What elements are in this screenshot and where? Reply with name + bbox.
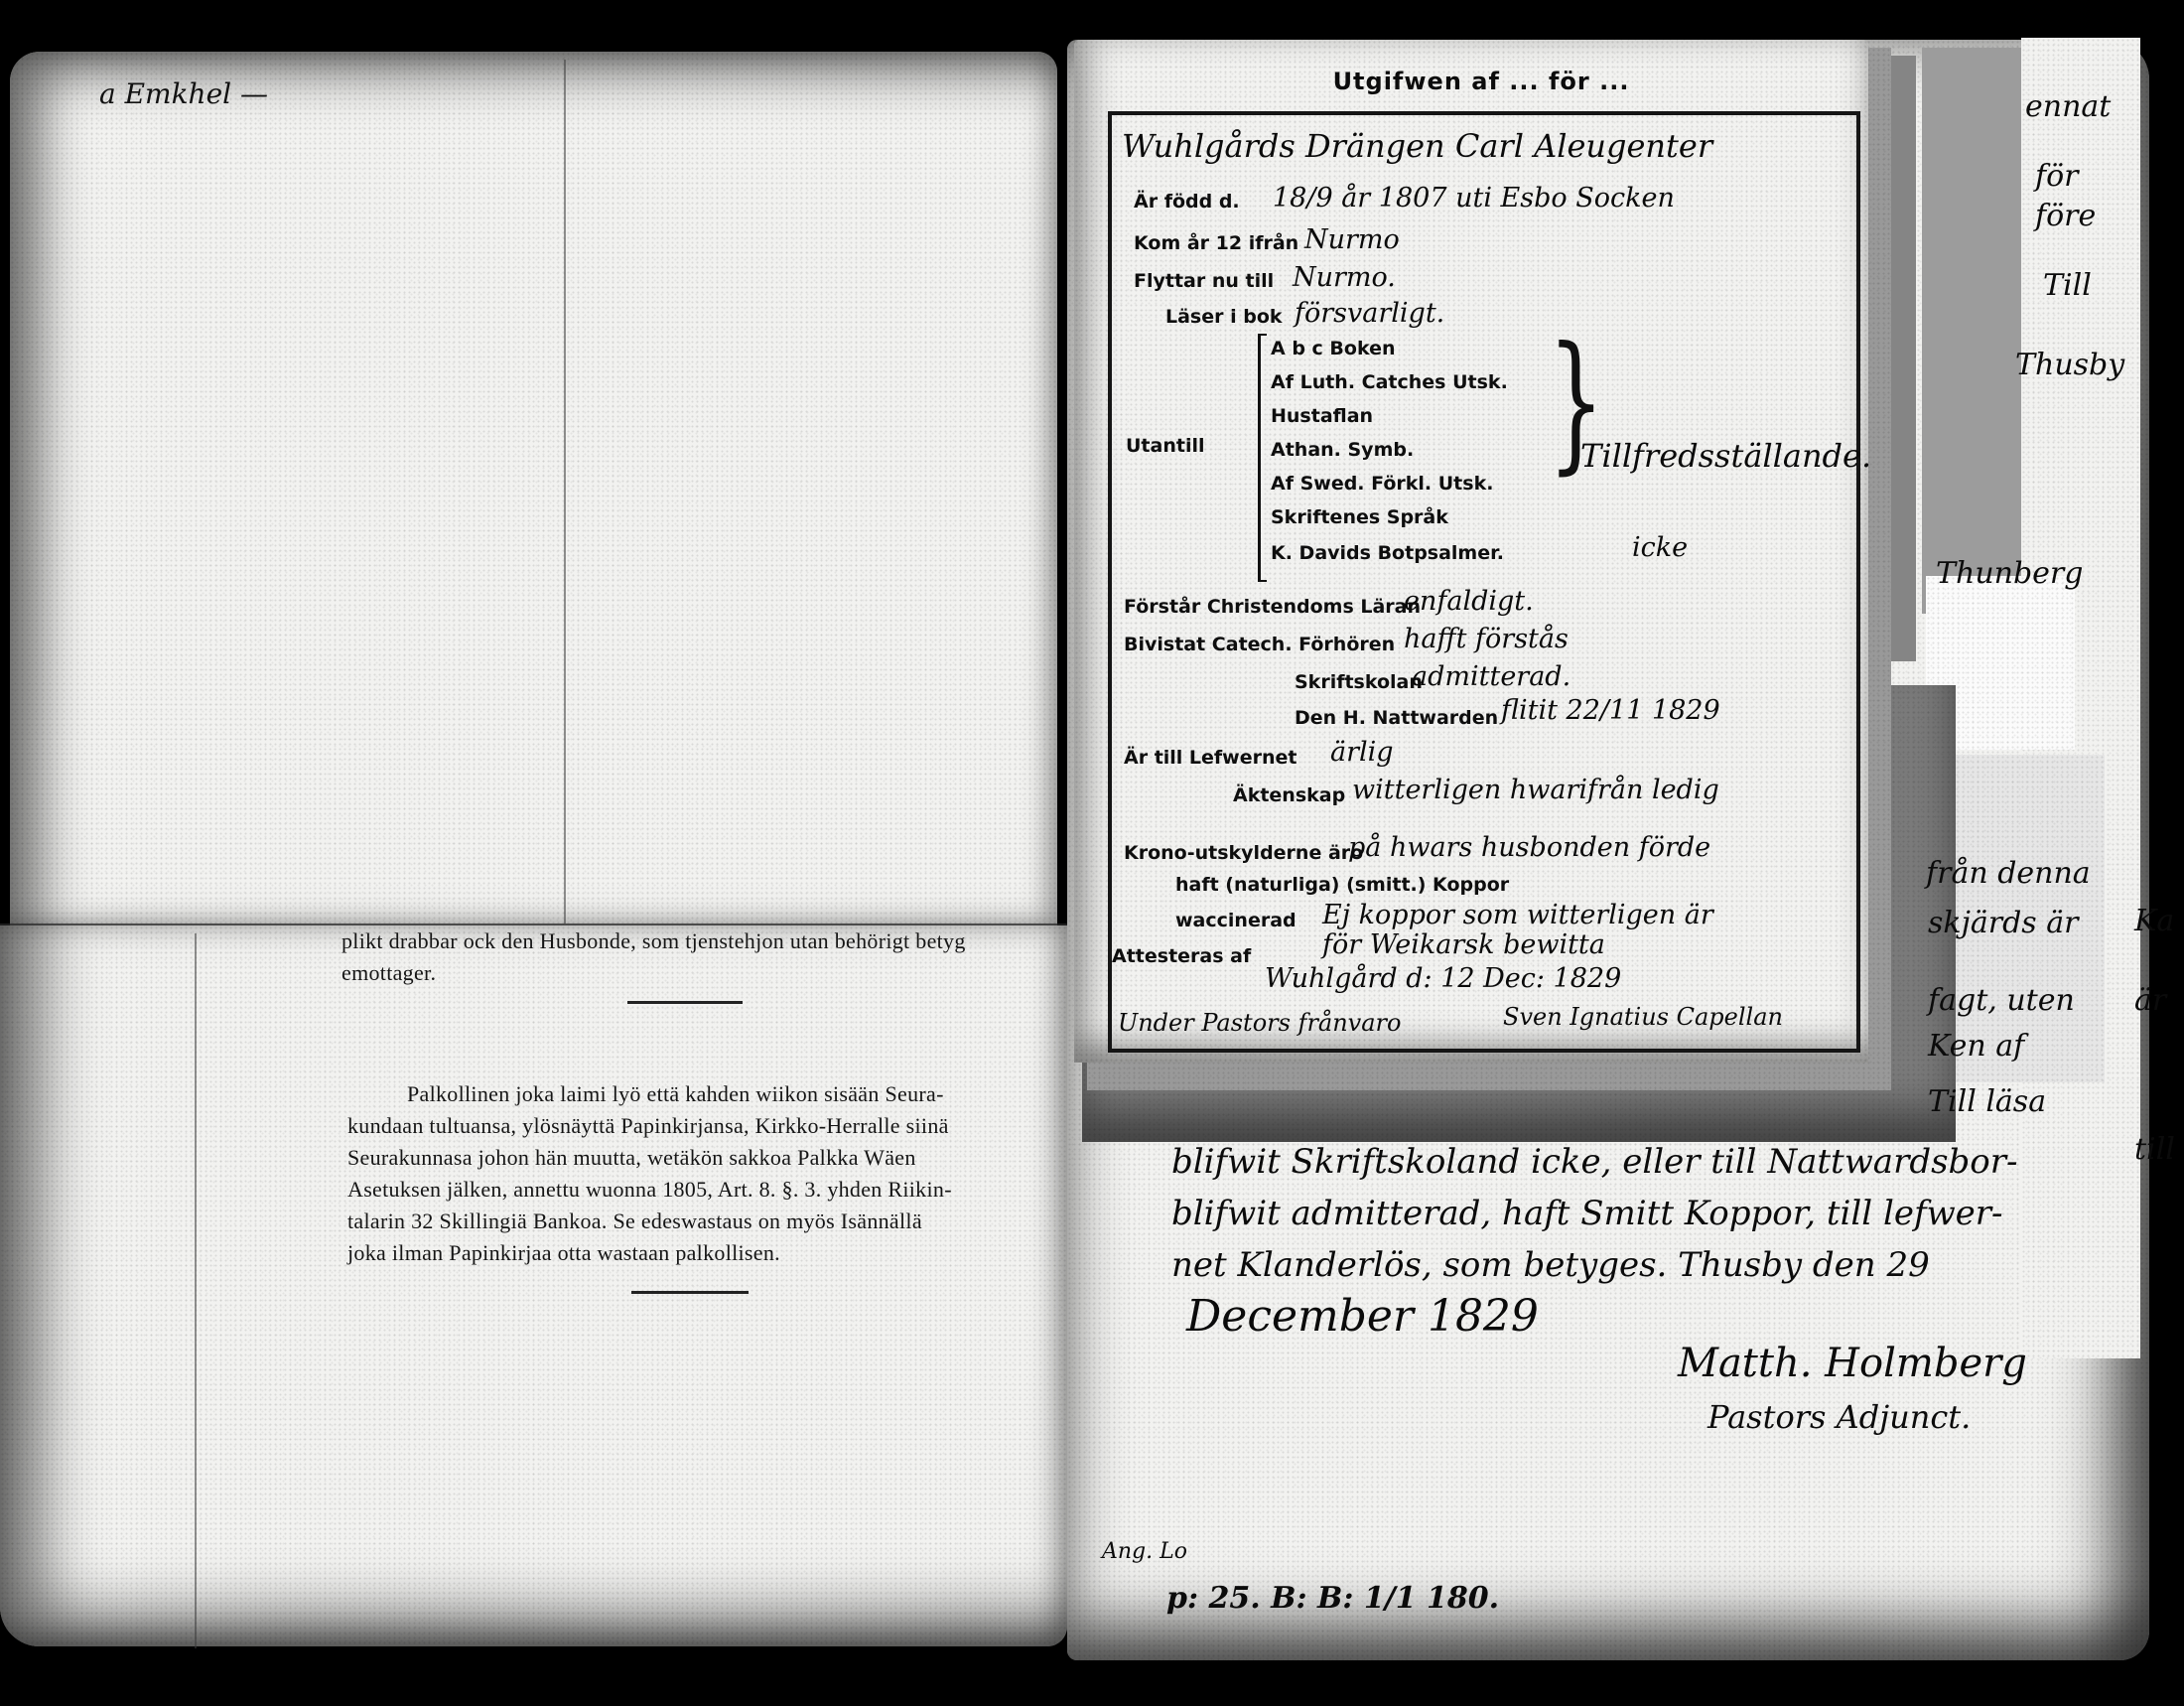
letter-line: net Klanderlös, som betyges. Thusby den … (1171, 1245, 1930, 1285)
field-label: Bivistat Catech. Förhören (1124, 634, 1395, 655)
field-label: Äktenskap (1233, 784, 1345, 806)
letter-line: blifwit admitterad, haft Smitt Koppor, t… (1171, 1194, 2003, 1233)
field-value: flitit 22/11 1829 (1501, 695, 1720, 726)
memory-item: K. Davids Botpsalmer. (1271, 542, 1504, 564)
fold-line (195, 933, 197, 1648)
field-label: Flyttar nu till (1134, 270, 1274, 292)
field-value: Nurmo. (1293, 262, 1396, 293)
paper-strip-shadowed (1922, 48, 2021, 614)
memory-item: Af Swed. Förkl. Utsk. (1271, 473, 1493, 495)
printed-line: plikt drabbar ock den Husbonde, som tjen… (341, 925, 1026, 957)
printed-line: talarin 32 Skillingiä Bankoa. Se edeswas… (347, 1206, 1032, 1237)
field-label: Skriftskolan (1295, 671, 1423, 693)
field-value: Ej koppor som witterligen är (1322, 900, 1713, 930)
divider-rule (631, 1291, 749, 1294)
attest-signature: Sven Ignatius Capellan (1503, 1003, 1783, 1031)
field-label: haft (naturliga) (smitt.) Koppor (1175, 874, 1509, 896)
printed-line: Seurakunnasa johon hän muutta, wetäkön s… (347, 1142, 1032, 1174)
field-label: Är till Lefwernet (1124, 747, 1297, 769)
field-value: 18/9 år 1807 uti Esbo Socken (1273, 183, 1675, 213)
memory-assessment: icke (1632, 532, 1688, 563)
memory-item: A b c Boken (1271, 338, 1396, 359)
memory-label: Utantill (1126, 435, 1204, 457)
letter-date: December 1829 (1186, 1291, 1539, 1342)
field-value: på hwars husbonden förde (1348, 832, 1710, 863)
printed-line: Asetuksen jälken, annettu wuonna 1805, A… (347, 1174, 1032, 1206)
memory-assessment: Tillfredsställande. (1580, 437, 1871, 475)
signature-title: Pastors Adjunct. (1707, 1398, 1971, 1436)
fragment-text: för (2035, 159, 2079, 194)
field-label: Den H. Nattwarden (1295, 707, 1498, 729)
printed-line: emottager. (341, 957, 1026, 989)
field-value: enfaldigt. (1404, 586, 1534, 617)
fragment-text: till (2134, 1132, 2175, 1167)
attest-place-date: Wuhlgård d: 12 Dec: 1829 (1265, 963, 1621, 994)
fragment-text: Till läsa (1928, 1084, 2046, 1119)
letter-signature: Matth. Holmberg (1678, 1341, 2027, 1386)
printed-line: Palkollinen joka laimi lyö että kahden w… (347, 1078, 1032, 1110)
corner-handwritten-note: a Emkhel — (99, 77, 268, 110)
divider-rule (627, 1001, 743, 1004)
archive-reference-code: p: 25. B: B: 1/1 180. (1166, 1581, 1499, 1616)
fragment-text: Thunberg (1936, 556, 2083, 591)
field-label: Förstår Christendoms Läran (1124, 596, 1421, 618)
field-label: Läser i bok (1165, 306, 1283, 328)
fragment-text: ennat (2025, 89, 2111, 124)
fragment-text: Thusby (2015, 348, 2124, 382)
field-label: Krono-utskylderne äro (1124, 842, 1363, 864)
left-page-top (10, 52, 1057, 925)
field-value: Nurmo (1304, 224, 1400, 255)
field-value: hafft förstås (1404, 624, 1569, 654)
memory-item: Skriftenes Språk (1271, 506, 1448, 528)
fragment-text: Ken af (1928, 1029, 2024, 1064)
fragment-text: före (2035, 199, 2096, 233)
left-page-bottom (0, 925, 1067, 1646)
fragment-text: från denna (1926, 856, 2091, 891)
archive-note: Ang. Lo (1102, 1539, 1187, 1564)
attest-note: Under Pastors frånvaro (1118, 1009, 1401, 1037)
fragment-text: Ka (2134, 904, 2174, 938)
bracket (1258, 334, 1267, 582)
fold-line (564, 60, 566, 924)
certificate-heading: Wuhlgårds Drängen Carl Aleugenter (1122, 127, 1712, 165)
fragment-text: fagt, uten (1928, 983, 2075, 1018)
letter-line: blifwit Skriftskoland icke, eller till N… (1171, 1142, 2018, 1182)
memory-item: Af Luth. Catches Utsk. (1271, 371, 1508, 393)
printed-line: kundaan tultuansa, ylösnäyttä Papinkirja… (347, 1110, 1032, 1142)
fragment-text: är (2134, 983, 2166, 1018)
field-label: waccinerad (1175, 910, 1297, 931)
field-label: Kom år 12 ifrån (1134, 232, 1298, 254)
field-label: Är född d. (1134, 191, 1240, 213)
printed-line: joka ilman Papinkirjaa otta wastaan palk… (347, 1237, 1032, 1269)
field-label: Attesteras af (1112, 945, 1251, 967)
field-value: witterligen hwarifrån ledig (1352, 775, 1719, 805)
field-value: försvarligt. (1295, 298, 1444, 329)
certificate-title: Utgifwen af ... för ... (1223, 68, 1739, 95)
field-value: ärlig (1330, 737, 1394, 768)
printed-swedish-text: plikt drabbar ock den Husbonde, som tjen… (341, 925, 1026, 989)
memory-item: Hustaflan (1271, 405, 1373, 427)
moving-certificate: Utgifwen af ... för ... Wuhlgårds Dränge… (1074, 40, 1868, 1063)
fragment-text: Till (2043, 268, 2092, 303)
field-value: för Weikarsk bewitta (1322, 929, 1605, 960)
field-value: admitterad. (1412, 661, 1570, 692)
memory-item: Athan. Symb. (1271, 439, 1414, 461)
fragment-text: skjärds är (1928, 906, 2078, 940)
printed-finnish-text: Palkollinen joka laimi lyö että kahden w… (347, 1078, 1032, 1269)
